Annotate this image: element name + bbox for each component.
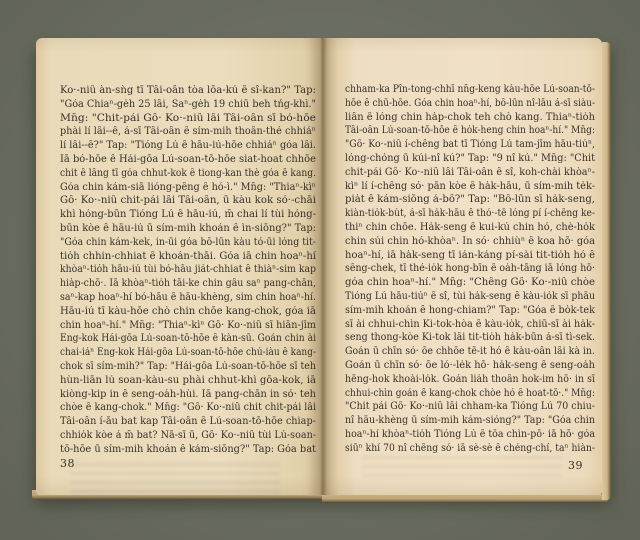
text-line: "Gô· Ko·-niû í-chêng bat tī Tióng Lú tam… xyxy=(345,139,595,153)
text-line: sím-mih khoán ê hong-chiam?" Tap: "Góa ê… xyxy=(345,305,595,319)
text-line: hōe ê chū-hōe. Góa chin hoaⁿ-hí, bô-lūn … xyxy=(345,98,595,112)
text-line: lóng-chóng ū kúi-nî kú?" Tap: "9 nî kú."… xyxy=(345,153,595,167)
text-line: chin hoaⁿ-hí." Mn̄g: "Thiaⁿ-kìⁿ Gô· Ko·-… xyxy=(60,320,316,334)
text-line: saⁿ-kap hoaⁿ-hí bó-hāu ê hāu-khèng, sim … xyxy=(60,292,316,306)
text-line: liân ê lóng chin ha̍p-chok teh chò kang.… xyxy=(345,112,595,126)
text-line: būn kòe ê hāu-iú ū sím-mih khoán ê ìn-si… xyxy=(60,223,316,237)
text-line: hoaⁿ-hí khòaⁿ-tio̍h Tióng Lú ê tōa chìn-… xyxy=(345,429,595,443)
text-line: hia̍p-chō·. Iā khòaⁿ-tio̍h tāi-ke chin g… xyxy=(60,278,316,292)
page-right: chham-ka Pîn-tong-chhī nn̄g-keng kàu-hōe… xyxy=(322,38,602,495)
text-line: tō-hōe ū sím-mih khoán ê kám-siōng?" Tap… xyxy=(60,444,316,458)
text-line: Tâi-oân Lú-soan-tō-hōe ê ho̍k-heng chin … xyxy=(345,125,595,139)
text-line: chai-iáⁿ Eng-kok Hái-gōa Lú-soan-tō-hōe … xyxy=(60,347,316,361)
text-line: chit ê lâng tī góa chhut-kok ê tiong-kan… xyxy=(60,168,316,182)
text-line: Hāu-iú tī kàu-hōe chò chin chōe kang-cho… xyxy=(60,306,316,320)
text-line: chòe ê kang-chok." Mn̄g: "Gô· Ko·-niû ch… xyxy=(60,402,316,416)
text-line: nî hāu-khèng ū sím-mih kám-sióng?" Tap: … xyxy=(345,415,595,429)
text-line: Gô· Ko·-niû chit-pái lâi Tâi-oân, ū kàu … xyxy=(60,195,316,209)
page-right-text: chham-ka Pîn-tong-chhī nn̄g-keng kàu-hōe… xyxy=(345,84,595,457)
text-line: chok sī sím-mih?" Tap: "Hái-gōa Lú-soan-… xyxy=(60,361,316,375)
text-line: Eng-kok Hái-gōa Lú-soan-tō-hōe ê kàn-sū.… xyxy=(60,333,316,347)
page-number-left: 38 xyxy=(60,457,75,470)
page-left-text: Ko·-niû àn-sǹg tī Tâi-oân tòa lōa-kú ê s… xyxy=(60,85,316,458)
text-line: tio̍h chhin-chhiat ê khoán-thāi. Góa iā … xyxy=(60,251,316,265)
text-line: hùn-liān lú soan-kàu-su phài chhut-khì g… xyxy=(60,375,316,389)
page-left: Ko·-niû àn-sǹg tī Tâi-oân tòa lōa-kú ê s… xyxy=(36,38,322,495)
text-line: chhio̍k kòe á m̄ bat? Nā-sī ū, Gô· Ko·-n… xyxy=(60,430,316,444)
text-line: khòaⁿ-tio̍h hāu-iú tùi bó-hāu jia̍t-chhi… xyxy=(60,264,316,278)
text-line: "Góa chin kám-kek, in-ūi góa bô-lūn kàu … xyxy=(60,237,316,251)
text-line: chit-pái Gô· Ko·-niû lâi Tâi-oân ê sî, k… xyxy=(345,167,595,181)
page-number-right: 39 xyxy=(345,459,595,472)
text-line: Ko·-niû àn-sǹg tī Tâi-oân tòa lōa-kú ê s… xyxy=(60,85,316,99)
text-line: thiⁿ chin chōe. Ha̍k-seng ê kui-kú chin … xyxy=(345,222,595,236)
text-line: Tâi-oân í-āu bat kap Tâi-oân ê Lú-soan-t… xyxy=(60,416,316,430)
text-line: pia̍t ê kám-siōng á-bô?" Tap: "Bô-lūn sī… xyxy=(345,194,595,208)
text-line: kiòng-kip in ê seng-oa̍h-hùi. Iā pang-ch… xyxy=(60,389,316,403)
text-line: hēng-hok khoài-lo̍k. Goán lia̍h thoân ho… xyxy=(345,374,595,388)
text-line: khì hóng-būn Tióng Lú ê hāu-iú, m̄ chai … xyxy=(60,209,316,223)
text-line: seng thong-kòe Ki-tok lâi tit-tio̍h ha̍k… xyxy=(345,332,595,346)
text-line: Mn̄g: "Chit-pái Gô· Ko·-niû lâi Tâi-oân … xyxy=(60,113,316,127)
text-line: Iā bó-hōe ê Hái-gōa Lú-soan-tō-hōe siat-… xyxy=(60,154,316,168)
text-line: siūⁿ khí 70 nî chêng só· iā sè-sè ê chén… xyxy=(345,443,595,457)
text-line: "Chit pái Gô· Ko·-niû lâi chham-ka Tióng… xyxy=(345,401,595,415)
photo-background: Ko·-niû àn-sǹg tī Tâi-oân tòa lōa-kú ê s… xyxy=(0,0,640,540)
text-line: Goán ū chīn só· ōe ló·-le̍k hō· ha̍k-sen… xyxy=(345,360,595,374)
page-stack-edge-bottom-right xyxy=(322,494,608,503)
ink-showthrough-left xyxy=(70,463,280,495)
open-book: Ko·-niû àn-sǹg tī Tâi-oân tòa lōa-kú ê s… xyxy=(30,38,612,504)
text-line: lí lâi--ê?" Tap: "Tióng Lú ê hāu-iú-hōe … xyxy=(60,140,316,154)
text-line: chhui-chìn goán ê kang-chok chòe hó ê ho… xyxy=(345,388,595,402)
text-line: hoaⁿ-hí, iā ha̍k-seng tī ián-káng pí-sài… xyxy=(345,250,595,264)
text-line: Góa chin kám-siā lióng-pêng ê hó-ì." Mn̄… xyxy=(60,182,316,196)
text-line: Goán ū chīn só· ōe chhōe tē-it hó ê kàu-… xyxy=(345,346,595,360)
page-stack-fore-edge xyxy=(602,42,611,500)
text-line: kiàn-tio̍k-bu̍t, á-sī ha̍k-hāu ê thó·-tē… xyxy=(345,208,595,222)
text-line: chin súi chin hó-khòaⁿ. In só· chhiùⁿ ê … xyxy=(345,236,595,250)
text-line: kìⁿ lí í-chêng só· pān kòe ê ha̍k-hāu, ū… xyxy=(345,181,595,195)
text-line: "Góa Chiaⁿ-ge̍h 25 lâi, Saⁿ-ge̍h 19 chiū… xyxy=(60,99,316,113)
text-line: sī ài chhui-chìn Ki-tok-hòa ê kàu-io̍k, … xyxy=(345,319,595,333)
text-line: góa chin hoaⁿ-hí." Mn̄g: "Chêng Gô· Ko·-… xyxy=(345,277,595,291)
text-line: phài lí lâi--ê, á-sī Tâi-oân ê sím-mih t… xyxy=(60,126,316,140)
text-line: sêng-chek, tī thé-io̍k hong-bīn ê oa̍h-t… xyxy=(345,263,595,277)
text-line: Tióng Lú hāu-tiúⁿ ê sî, tùi ha̍k-seng ê … xyxy=(345,291,595,305)
text-line: chham-ka Pîn-tong-chhī nn̄g-keng kàu-hōe… xyxy=(345,84,595,98)
